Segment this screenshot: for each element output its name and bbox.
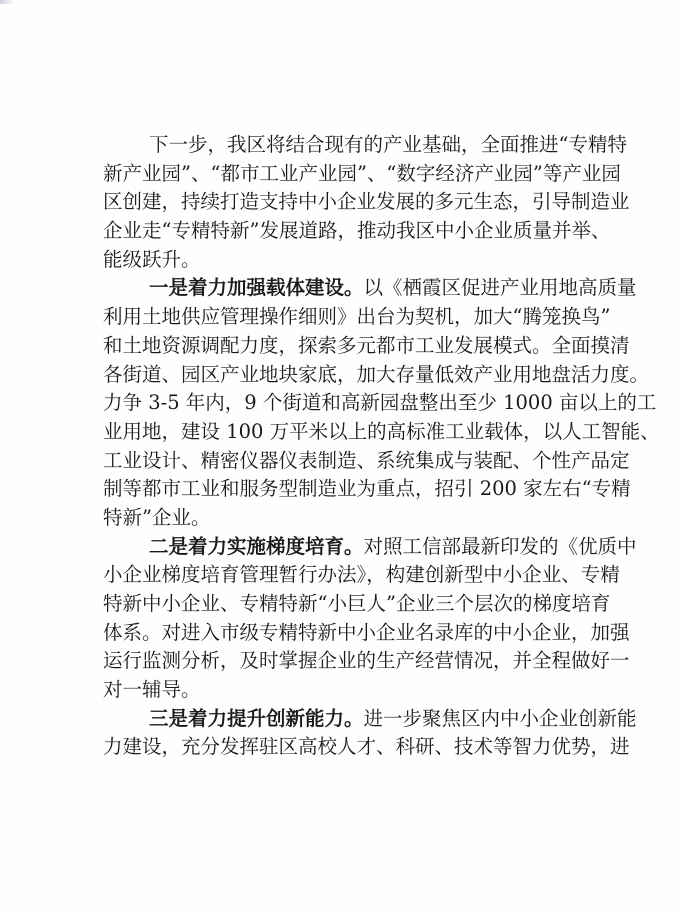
text-line: 下一步，我区将结合现有的产业基础，全面推进“专精特 — [103, 131, 597, 160]
text-line: 一是着力加强载体建设。以《栖霞区促进产业用地高质量 — [103, 274, 597, 303]
paragraph-innovation-capacity: 三是着力提升创新能力。进一步聚焦区内中小企业创新能 力建设，充分发挥驻区高校人才… — [103, 705, 597, 762]
text-span: 以《栖霞区促进产业用地高质量 — [364, 276, 637, 299]
document-page: 下一步，我区将结合现有的产业基础，全面推进“专精特 新产业园”、“都市工业产业园… — [0, 0, 680, 916]
paragraph-heading: 二是着力实施梯度培育。 — [149, 535, 364, 558]
paragraph-next-steps: 下一步，我区将结合现有的产业基础，全面推进“专精特 新产业园”、“都市工业产业园… — [103, 131, 597, 274]
paragraph-tiered-cultivation: 二是着力实施梯度培育。对照工信部最新印发的《优质中 小企业梯度培育管理暂行办法》… — [103, 533, 597, 705]
text-line: 特新”企业。 — [103, 504, 597, 533]
text-line: 业用地，建设 100 万平米以上的高标准工业载体，以人工智能、 — [103, 418, 597, 447]
text-line: 制等都市工业和服务型制造业为重点，招引 200 家左右“专精 — [103, 475, 597, 504]
text-line: 新产业园”、“都市工业产业园”、“数字经济产业园”等产业园 — [103, 160, 597, 189]
paragraph-heading: 一是着力加强载体建设。 — [149, 276, 364, 299]
paragraph-heading: 三是着力提升创新能力。 — [149, 707, 364, 730]
text-line: 能级跃升。 — [103, 246, 597, 275]
paragraph-carrier-construction: 一是着力加强载体建设。以《栖霞区促进产业用地高质量 利用土地供应管理操作细则》出… — [103, 274, 597, 532]
text-line: 力争 3-5 年内，9 个街道和高新园盘整出至少 1000 亩以上的工 — [103, 389, 597, 418]
text-line: 和土地资源调配力度，探索多元都市工业发展模式。全面摸清 — [103, 332, 597, 361]
text-line: 运行监测分析，及时掌握企业的生产经营情况，并全程做好一 — [103, 647, 597, 676]
text-line: 企业走“专精特新”发展道路，推动我区中小企业质量并举、 — [103, 217, 597, 246]
text-line: 对一辅导。 — [103, 676, 597, 705]
text-line: 特新中小企业、专精特新“小巨人”企业三个层次的梯度培育 — [103, 590, 597, 619]
text-span: 对照工信部最新印发的《优质中 — [364, 535, 637, 558]
text-line: 三是着力提升创新能力。进一步聚焦区内中小企业创新能 — [103, 705, 597, 734]
scan-artifact — [0, 0, 14, 4]
text-line: 工业设计、精密仪器仪表制造、系统集成与装配、个性产品定 — [103, 447, 597, 476]
text-line: 力建设，充分发挥驻区高校人才、科研、技术等智力优势，进 — [103, 733, 597, 762]
text-line: 区创建，持续打造支持中小企业发展的多元生态，引导制造业 — [103, 188, 597, 217]
text-line: 利用土地供应管理操作细则》出台为契机，加大“腾笼换鸟” — [103, 303, 597, 332]
text-span: 进一步聚焦区内中小企业创新能 — [364, 707, 637, 730]
text-line: 各街道、园区产业地块家底，加大存量低效产业用地盘活力度。 — [103, 361, 597, 390]
text-line: 二是着力实施梯度培育。对照工信部最新印发的《优质中 — [103, 533, 597, 562]
text-line: 小企业梯度培育管理暂行办法》，构建创新型中小企业、专精 — [103, 561, 597, 590]
document-body: 下一步，我区将结合现有的产业基础，全面推进“专精特 新产业园”、“都市工业产业园… — [103, 131, 597, 762]
text-line: 体系。对进入市级专精特新中小企业名录库的中小企业，加强 — [103, 619, 597, 648]
